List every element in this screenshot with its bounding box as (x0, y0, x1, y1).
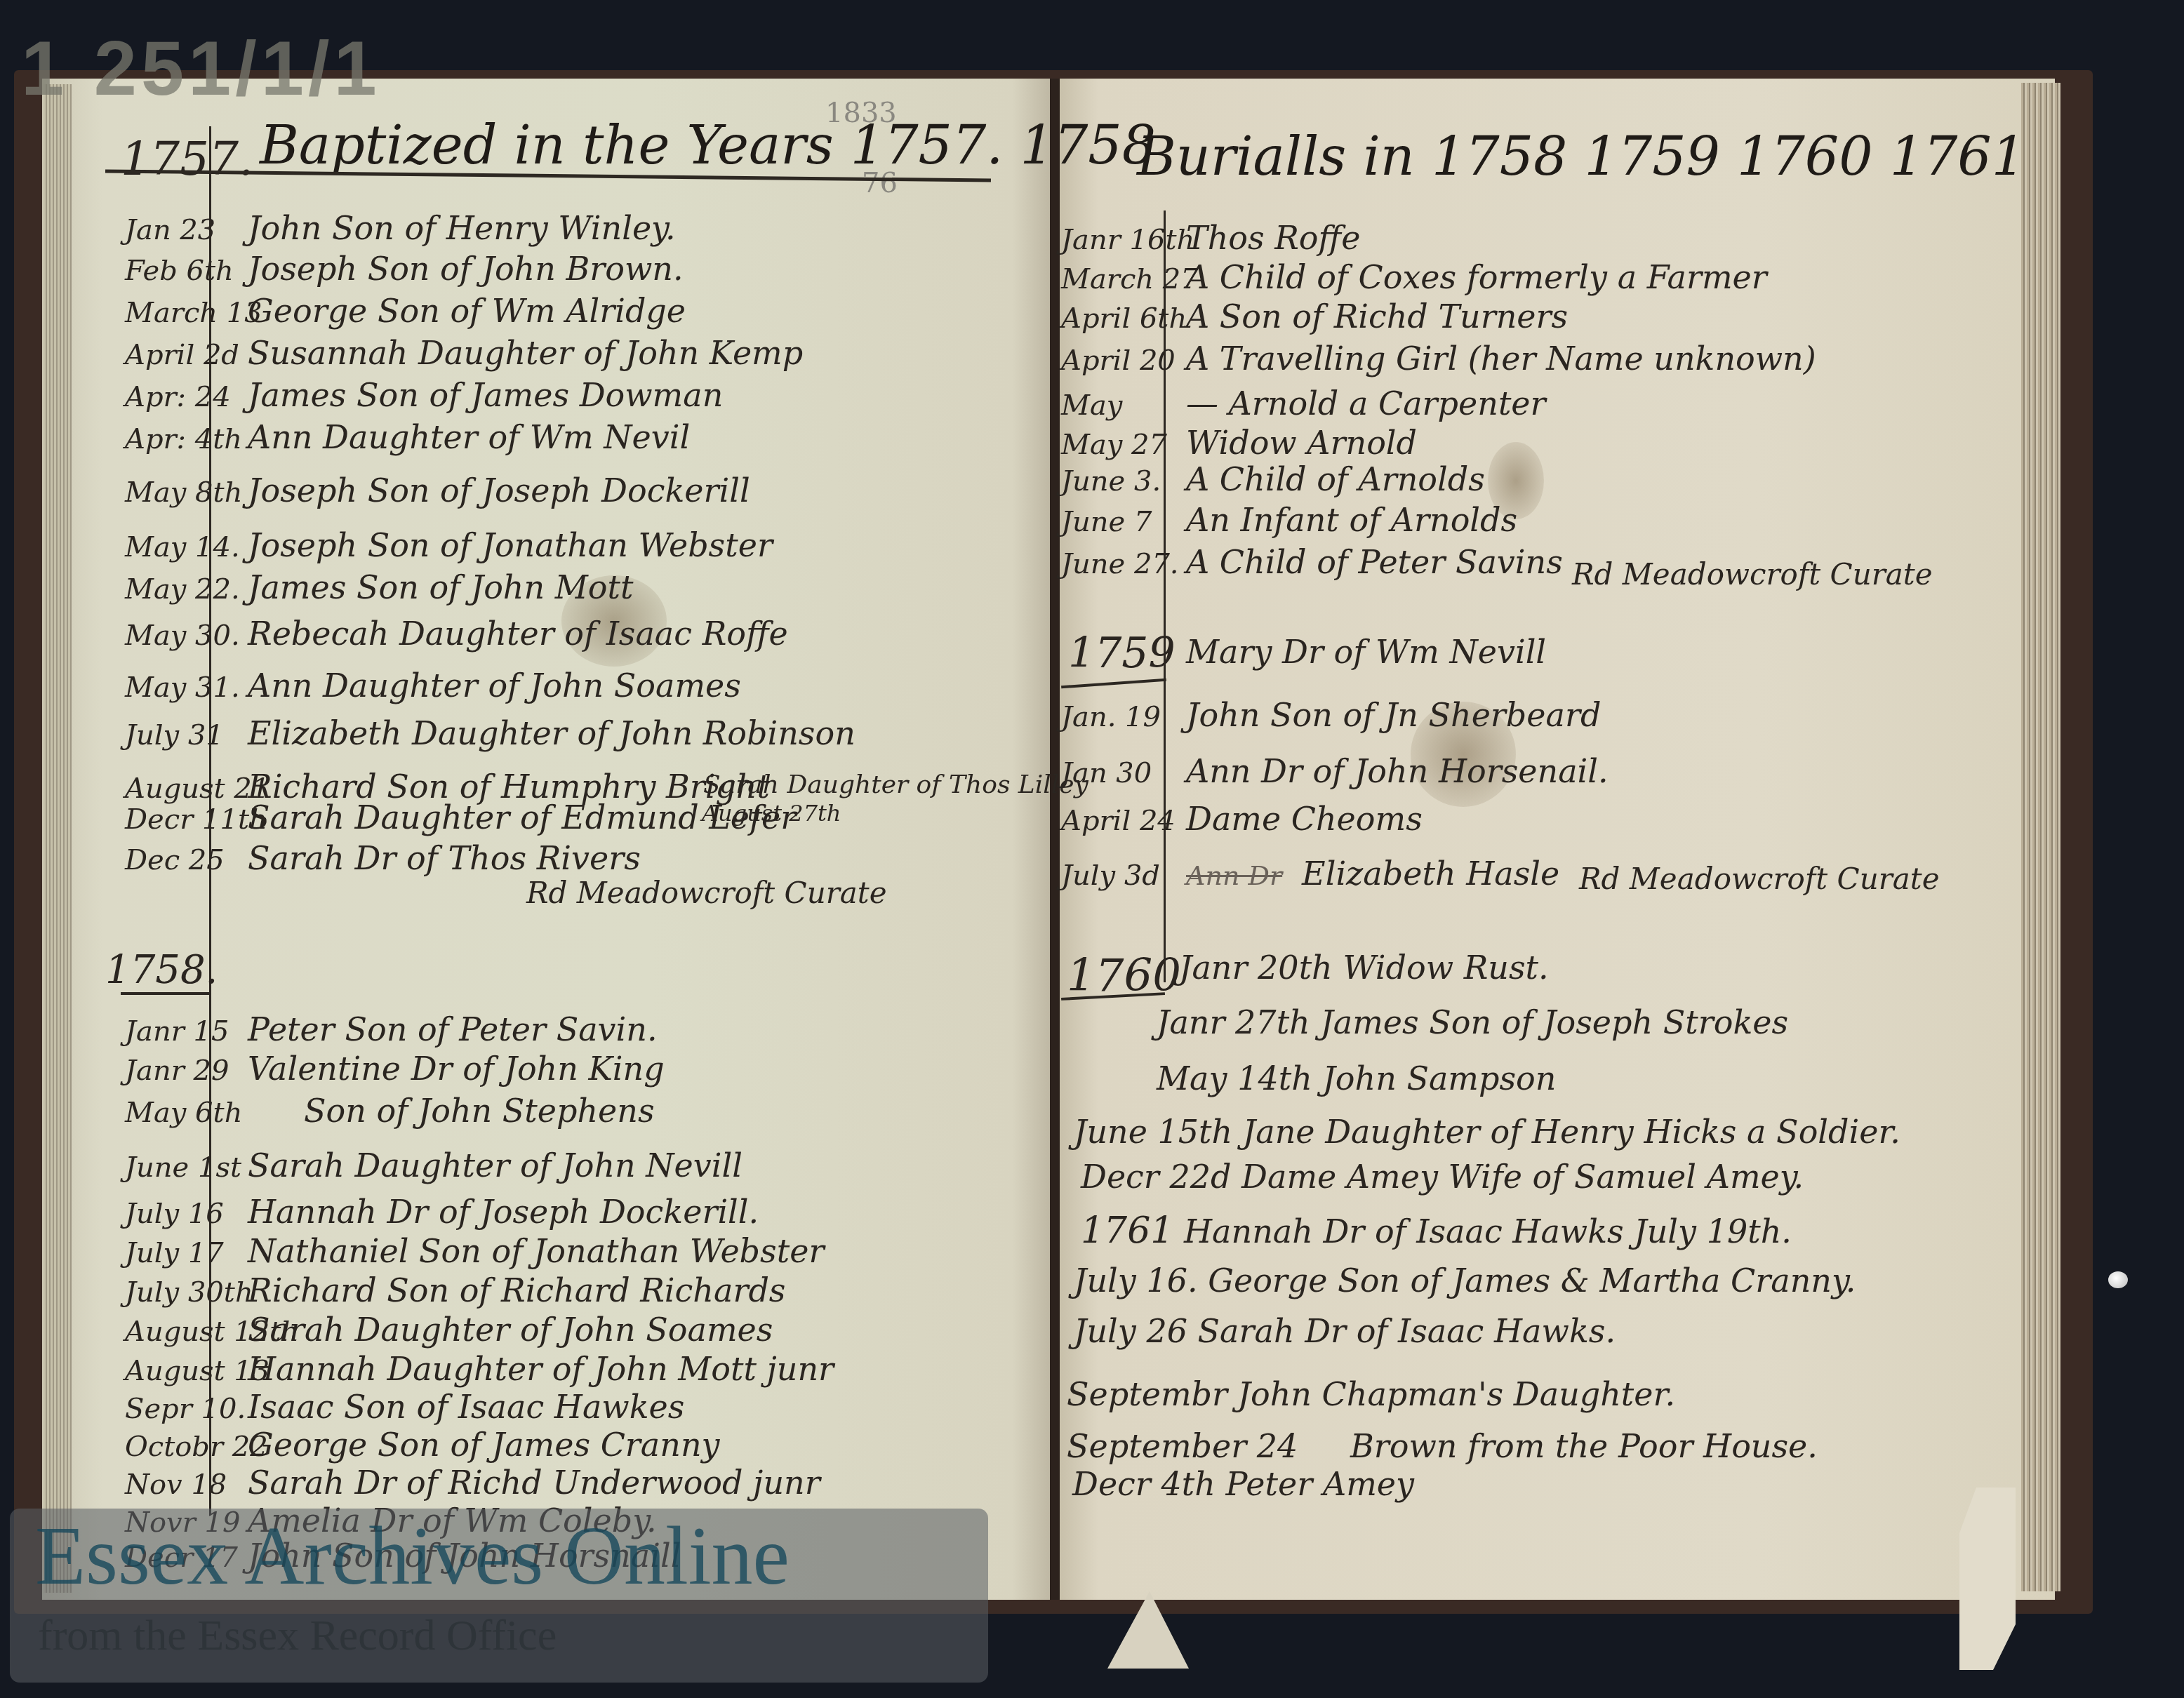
pencil-note-folio: 1833 (825, 97, 897, 129)
right-page-stack (2021, 83, 2060, 1591)
baptism-entry: July 17Nathaniel Son of Jonathan Webster (125, 1232, 824, 1270)
burial-entry: Decr 22d Dame Amey Wife of Samuel Amey. (1081, 1158, 1804, 1196)
baptism-entry: Decr 11thSarah Daughter of Edmund Lefer (125, 798, 796, 836)
baptism-entry: March 13George Son of Wm Alridge (125, 292, 686, 330)
baptism-entry: July 31Elizabeth Daughter of John Robins… (125, 714, 855, 752)
burial-entry: July 26 Sarah Dr of Isaac Hawks. (1074, 1312, 1616, 1350)
burial-entry: June 3.A Child of Arnolds (1061, 460, 1485, 498)
burial-entry: June 7An Infant of Arnolds (1061, 501, 1517, 539)
baptism-entry: August 12thSarah Daughter of John Soames (125, 1311, 773, 1349)
torn-paper-fragment (1107, 1591, 1189, 1669)
baptism-entry: Feb 6thJoseph Son of John Brown. (125, 250, 684, 288)
archive-watermark: Essex Archives Online from the Essex Rec… (10, 1509, 988, 1683)
burial-entry: May— Arnold a Carpenter (1061, 385, 1546, 422)
baptism-entry: April 2dSusannah Daughter of John Kemp (125, 334, 803, 372)
burial-entry: April 20A Travelling Girl (her Name unkn… (1061, 340, 1816, 377)
burial-entry: Janr 20th Widow Rust. (1179, 949, 1549, 987)
baptism-entry: Janr 15Peter Son of Peter Savin. (125, 1010, 658, 1048)
baptism-entry: May 6thSon of John Stephens (125, 1092, 655, 1130)
burial-entry: April 6thA Son of Richd Turners (1061, 298, 1568, 335)
burial-entry: July 16. George Son of James & Martha Cr… (1074, 1262, 1856, 1299)
baptism-entry: May 30.Rebecah Daughter of Isaac Roffe (125, 615, 788, 653)
baptism-entry: Octobr 22George Son of James Cranny (125, 1426, 720, 1464)
left-leaf-edges (44, 84, 72, 1593)
burial-entry: Janr 16thThos Roffe (1061, 219, 1360, 257)
baptism-entry: May 14.Joseph Son of Jonathan Webster (125, 526, 773, 564)
marginal-baptism-entry: Sarah Daughter of Thos Lilley (703, 770, 1088, 799)
folded-page-corner (1959, 1488, 2016, 1670)
burial-entry: July 3dAnn DrElizabeth Hasle (1061, 855, 1559, 893)
baptism-entry: May 22.James Son of John Mott (125, 568, 634, 606)
burial-entry: June 15th Jane Daughter of Henry Hicks a… (1074, 1113, 1900, 1151)
baptism-entry: June 1stSarah Daughter of John Nevill (125, 1147, 743, 1184)
left-heading-year: 1757. (121, 132, 253, 186)
burial-entry: Janr 11.Mary Dr of Wm Nevill (1061, 633, 1546, 671)
section-year-1758: 1758. (105, 947, 218, 993)
baptism-entry: Apr: 4thAnn Daughter of Wm Nevil (125, 418, 690, 456)
baptism-entry: Janr 29Valentine Dr of John King (125, 1050, 665, 1088)
baptism-entry: August 13Hannah Daughter of John Mott ju… (125, 1350, 834, 1388)
baptism-entry: May 31.Ann Daughter of John Soames (125, 667, 741, 704)
baptism-entry: July 16Hannah Dr of Joseph Dockerill. (125, 1193, 759, 1231)
baptism-entry: May 8thJoseph Son of Joseph Dockerill (125, 472, 750, 509)
burial-entry: March 27A Child of Coxes formerly a Farm… (1061, 258, 1767, 296)
curate-signature: Rd Meadowcroft Curate (1579, 862, 1940, 896)
baptism-entry: Sepr 10.Isaac Son of Isaac Hawkes (125, 1388, 684, 1426)
burial-entry: Janr 27th James Son of Joseph Strokes (1157, 1003, 1788, 1041)
year-underline (121, 992, 211, 995)
baptisms-heading: Baptized in the Years 1757. 1758 (260, 114, 1156, 176)
burial-entry: Jan. 19John Son of Jn Sherbeard (1061, 696, 1601, 734)
watermark-title: Essex Archives Online (35, 1509, 790, 1604)
watermark-subtitle: from the Essex Record Office (38, 1611, 557, 1661)
burials-heading: Burialls in 1758 1759 1760 1761 (1137, 125, 2025, 187)
burial-entry: September 24 Brown from the Poor House. (1067, 1427, 1818, 1465)
curate-signature: Rd Meadowcroft Curate (1572, 557, 1933, 591)
burial-entry: June 27.A Child of Peter Savins (1061, 543, 1563, 581)
burial-entry: May 27Widow Arnold (1061, 424, 1417, 462)
burial-entry: Decr 4th Peter Amey (1072, 1465, 1414, 1503)
baptism-entry: Dec 25Sarah Dr of Thos Rivers (125, 839, 641, 877)
burial-entry: Jan 30Ann Dr of John Horsenail. (1061, 752, 1609, 790)
burial-entry: Septembr John Chapman's Daughter. (1067, 1375, 1675, 1413)
baptism-entry: Jan 23John Son of Henry Winley. (125, 209, 676, 247)
burial-entry: May 14th John Sampson (1157, 1059, 1556, 1097)
baptism-entry: Apr: 24James Son of James Dowman (125, 376, 723, 414)
burial-entry: 1761 Hannah Dr of Isaac Hawks July 19th. (1081, 1210, 1792, 1252)
pencil-note-number: 76 (862, 167, 898, 199)
curate-signature: Rd Meadowcroft Curate (526, 876, 887, 910)
marginal-baptism-date: August 27th (702, 800, 841, 827)
baptism-entry: Nov 18Sarah Dr of Richd Underwood junr (125, 1464, 820, 1502)
document-reference: 1 251/1/1 (21, 24, 381, 113)
pin-icon (2108, 1271, 2128, 1288)
burial-entry: April 24Dame Cheoms (1061, 800, 1423, 838)
baptism-entry: July 30thRichard Son of Richard Richards (125, 1271, 785, 1309)
book-gutter (1050, 79, 1060, 1600)
